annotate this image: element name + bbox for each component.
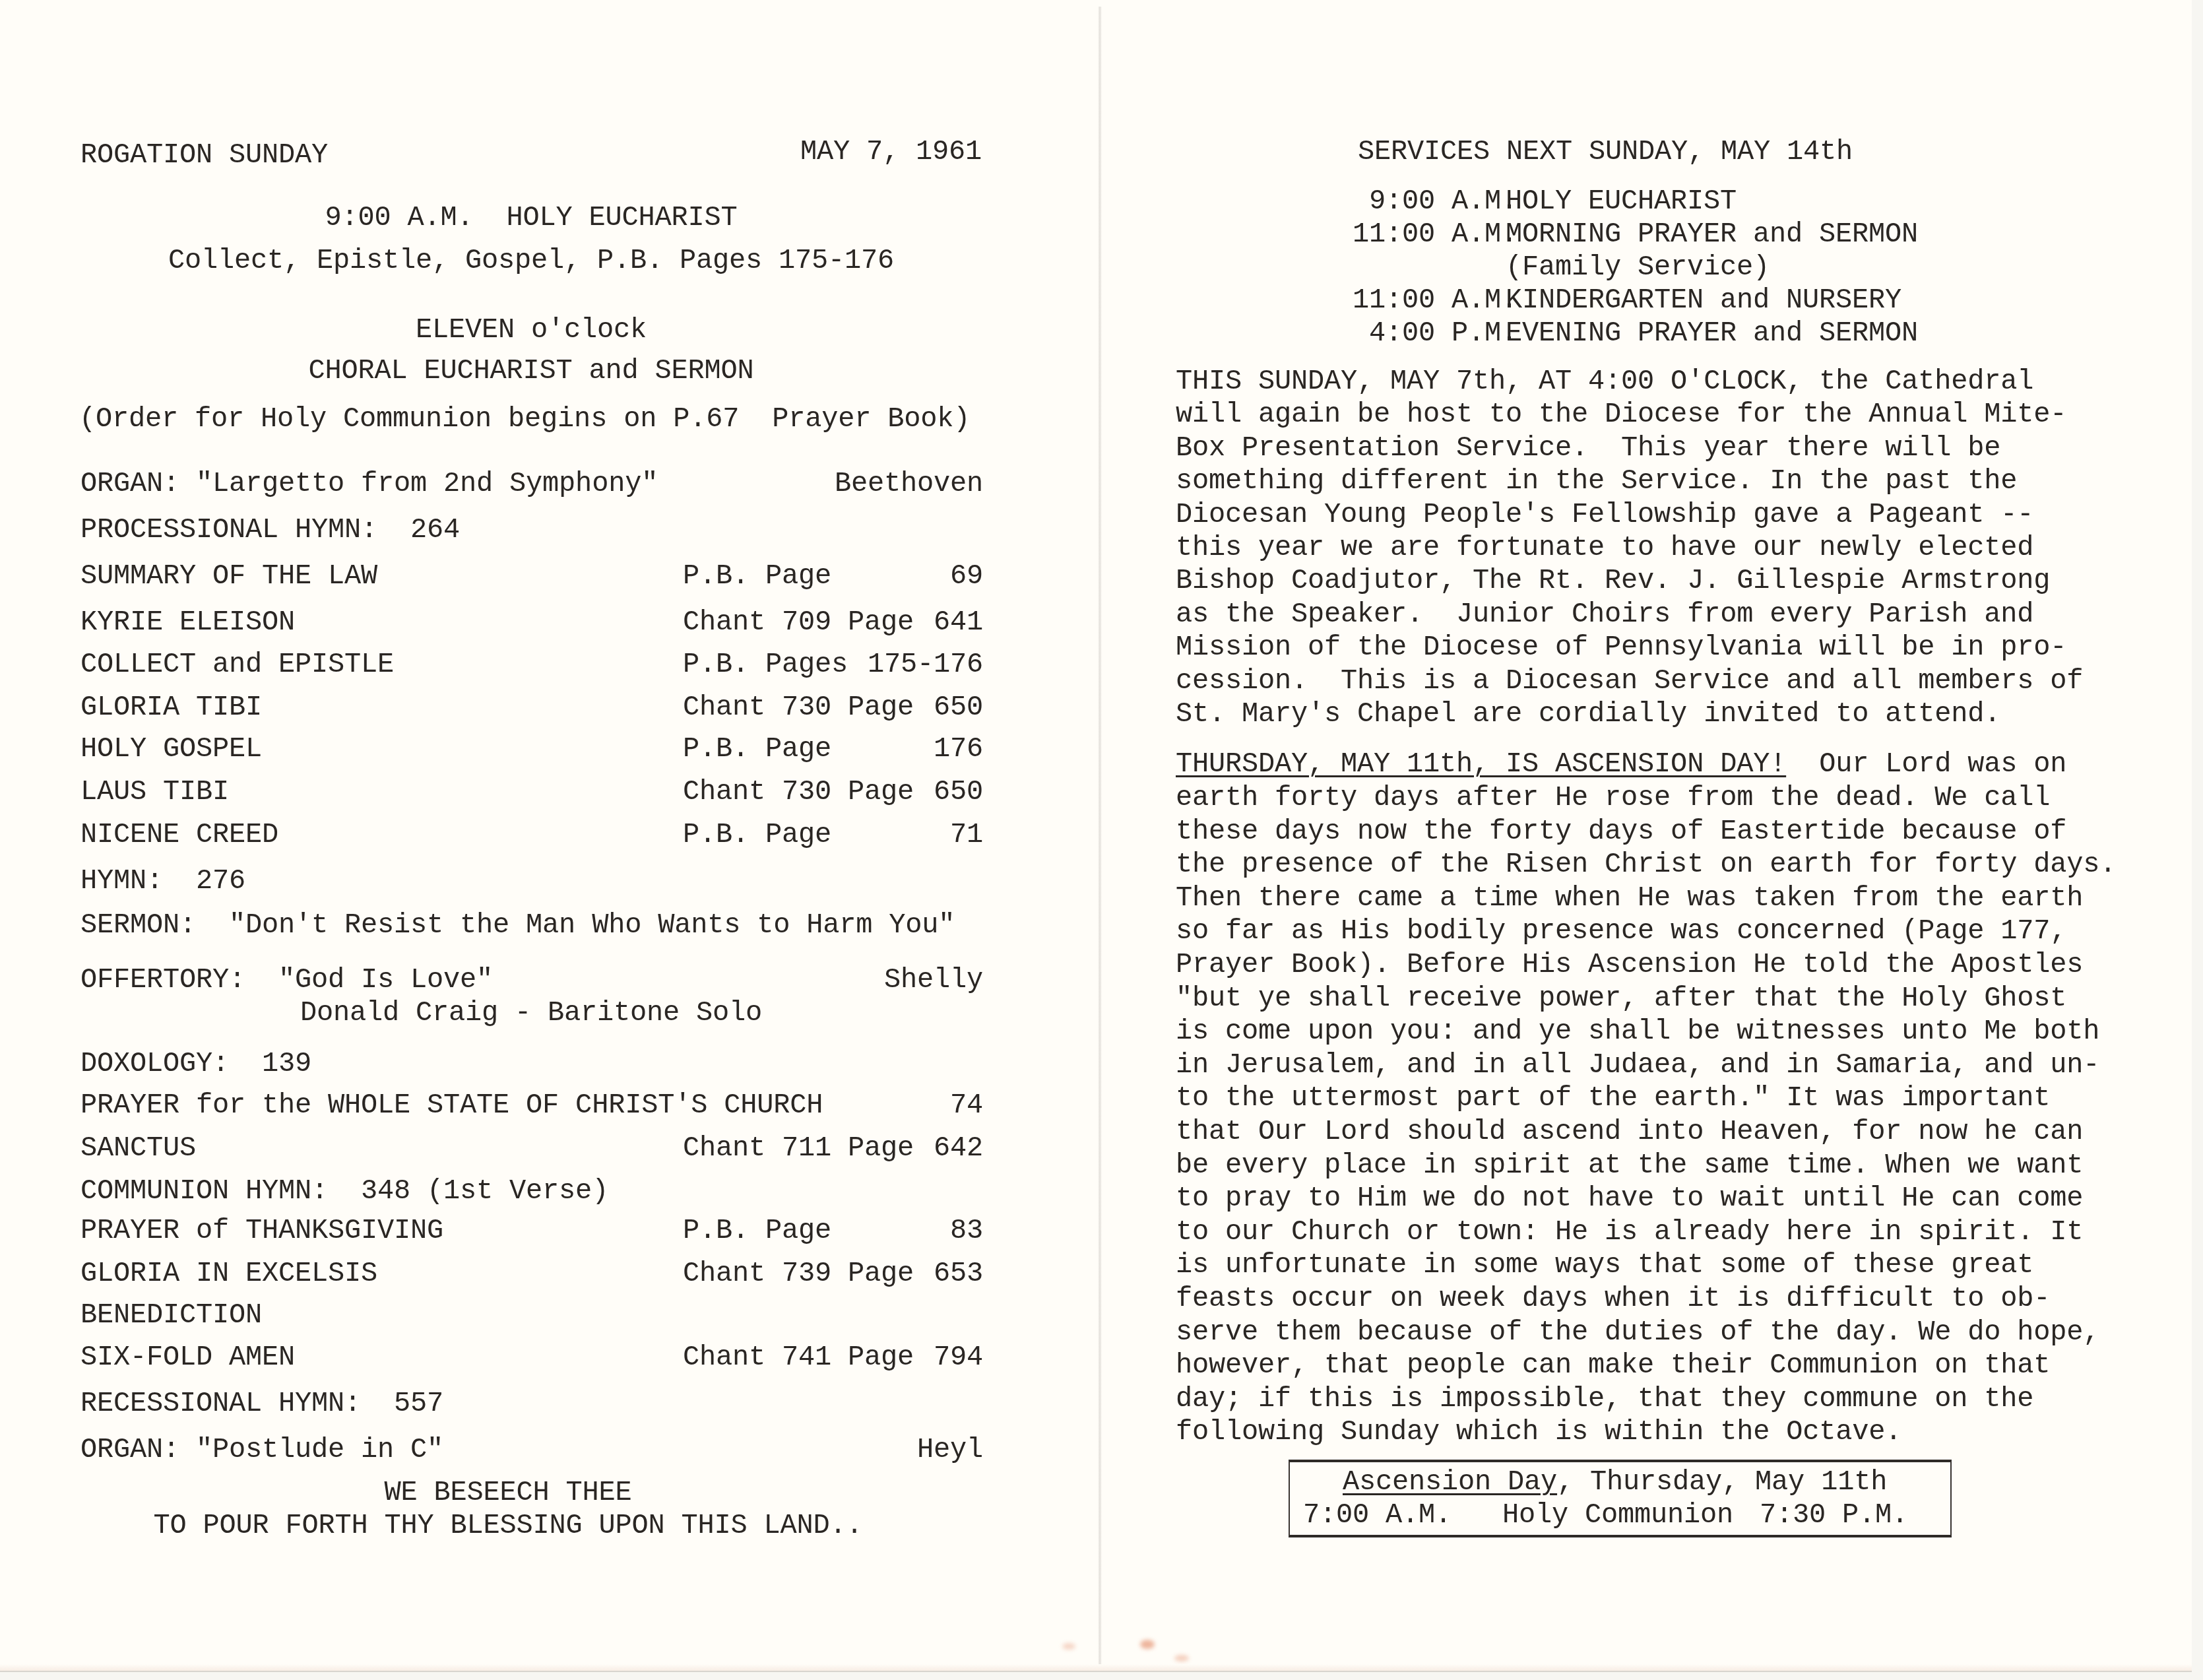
paragraph-line: in Jerusalem, and in all Judaea, and in … [1176, 1048, 2099, 1082]
paragraph-line: Then there came a time when He was taken… [1176, 881, 2083, 915]
paragraph-line: "but ye shall receive power, after that … [1176, 981, 2066, 1016]
paragraph-line: Bishop Coadjutor, The Rt. Rev. J. Gilles… [1176, 564, 2050, 598]
paragraph-line: will again be host to the Diocese for th… [1176, 397, 2066, 432]
paragraph-line: Prayer Book). Before His Ascension He to… [1176, 948, 2083, 982]
paper-stain [1140, 1640, 1155, 1649]
main-service-note: (Order for Holy Communion begins on P.67… [79, 402, 970, 436]
paragraph-line: to the uttermost part of the earth." It … [1176, 1081, 2050, 1115]
order-item: Donald Craig - Baritone Solo [300, 996, 762, 1030]
schedule-time: 4:00 P.M. [1234, 316, 1517, 350]
box-service: Holy Communion [1502, 1498, 1733, 1532]
order-item: SUMMARY OF THE LAW [80, 559, 377, 593]
paragraph-line: as the Speaker. Junior Choirs from every… [1176, 597, 2033, 631]
paragraph-line: Diocesan Young People's Fellowship gave … [1176, 498, 2033, 532]
order-item-page: 642 [660, 1131, 983, 1165]
paragraph-line: to our Church or town: He is already her… [1176, 1215, 2083, 1249]
right-page: SERVICES NEXT SUNDAY, MAY 14th 9:00 A.M.… [1102, 0, 2192, 1671]
order-item: SIX-FOLD AMEN [80, 1340, 295, 1374]
early-service-heading: 9:00 A.M. HOLY EUCHARIST [0, 201, 1062, 235]
paragraph-line: however, that people can make their Comm… [1176, 1348, 2050, 1382]
order-item-composer: Shelly [660, 963, 983, 997]
closing-line-2: TO POUR FORTH THY BLESSING UPON THIS LAN… [0, 1508, 1016, 1543]
ascension-day-box: Ascension Day, Thursday, May 11th 7:00 A… [1289, 1460, 1952, 1537]
main-service-time: ELEVEN o'clock [0, 313, 1062, 347]
paragraph-line: St. Mary's Chapel are cordially invited … [1176, 697, 2000, 731]
order-item: RECESSIONAL HYMN: 557 [80, 1386, 443, 1421]
order-item: ORGAN: "Largetto from 2nd Symphony" [80, 467, 658, 501]
next-sunday-heading: SERVICES NEXT SUNDAY, MAY 14th [1358, 135, 1853, 169]
order-item: GLORIA TIBI [80, 690, 262, 725]
paragraph-line: to pray to Him we do not have to wait un… [1176, 1181, 2083, 1215]
ascension-headline: THURSDAY, MAY 11th, IS ASCENSION DAY! [1176, 748, 1786, 780]
order-item: PROCESSIONAL HYMN: 264 [80, 513, 460, 547]
order-item: KYRIE ELEISON [80, 605, 295, 639]
order-item-page: 71 [660, 818, 983, 852]
schedule-service: EVENING PRAYER and SERMON [1506, 316, 1918, 350]
early-service-readings: Collect, Epistle, Gospel, P.B. Pages 175… [0, 243, 1062, 278]
paragraph-line: feasts occur on week days when it is dif… [1176, 1281, 2050, 1316]
paragraph-line: that Our Lord should ascend into Heaven,… [1176, 1115, 2083, 1149]
box-time-pm: 7:30 P.M. [1760, 1498, 1908, 1532]
ascension-first-line: THURSDAY, MAY 11th, IS ASCENSION DAY! Ou… [1176, 747, 2066, 781]
order-item-page: 653 [660, 1256, 983, 1291]
order-item-page: 83 [660, 1213, 983, 1248]
paragraph-line: serve them because of the duties of the … [1176, 1315, 2099, 1349]
box-time-am: 7:00 A.M. [1303, 1498, 1452, 1532]
paragraph-line: Box Presentation Service. This year ther… [1176, 431, 2000, 465]
order-item: SERMON: "Don't Resist the Man Who Wants … [80, 908, 955, 942]
order-item-page: 641 [660, 605, 983, 639]
bulletin-sheet: ROGATION SUNDAY MAY 7, 1961 9:00 A.M. HO… [0, 0, 2192, 1671]
paragraph-line: following Sunday which is within the Oct… [1176, 1415, 1901, 1449]
order-item-page: 650 [660, 775, 983, 809]
order-item-page: 69 [660, 559, 983, 593]
paragraph-line: day; if this is impossible, that they co… [1176, 1382, 2033, 1416]
closing-line-1: WE BESEECH THEE [0, 1475, 1016, 1510]
schedule-time: 11:00 A.M. [1234, 217, 1517, 251]
order-item: BENEDICTION [80, 1298, 262, 1332]
order-item: PRAYER of THANKSGIVING [80, 1213, 443, 1248]
order-item: COLLECT and EPISTLE [80, 647, 394, 682]
main-service-title: CHORAL EUCHARIST and SERMON [0, 354, 1062, 388]
paper-stain [1174, 1655, 1189, 1662]
order-item: OFFERTORY: "God Is Love" [80, 963, 493, 997]
order-item-page: 176 [660, 732, 983, 766]
box-title: Ascension Day, Thursday, May 11th [1343, 1465, 1887, 1499]
order-item-composer: Beethoven [660, 467, 983, 501]
service-title: ROGATION SUNDAY [80, 138, 328, 172]
order-item: DOXOLOGY: 139 [80, 1047, 311, 1081]
order-item: HOLY GOSPEL [80, 732, 262, 766]
paragraph-line: so far as His bodily presence was concer… [1176, 914, 2066, 948]
paragraph-line: cession. This is a Diocesan Service and … [1176, 664, 2083, 698]
order-item-composer: Heyl [660, 1433, 983, 1467]
paragraph-line: is come upon you: and ye shall be witnes… [1176, 1014, 2099, 1049]
schedule-service: KINDERGARTEN and NURSERY [1506, 283, 1901, 317]
schedule-service: HOLY EUCHARIST [1506, 184, 1737, 218]
order-item: HYMN: 276 [80, 864, 245, 898]
left-page: ROGATION SUNDAY MAY 7, 1961 9:00 A.M. HO… [0, 0, 1098, 1671]
paragraph-line: something different in the Service. In t… [1176, 464, 2017, 498]
order-item-page: 650 [660, 690, 983, 725]
paragraph-line: the presence of the Risen Christ on eart… [1176, 847, 2116, 882]
paragraph-line: THIS SUNDAY, MAY 7th, AT 4:00 O'CLOCK, t… [1176, 364, 2033, 399]
order-item: ORGAN: "Postlude in C" [80, 1433, 443, 1467]
paper-stain [1062, 1643, 1075, 1650]
order-item: GLORIA IN EXCELSIS [80, 1256, 377, 1291]
paragraph-line: earth forty days after He rose from the … [1176, 781, 2050, 815]
order-item: SANCTUS [80, 1131, 196, 1165]
service-date: MAY 7, 1961 [660, 135, 982, 169]
paragraph-line: this year we are fortunate to have our n… [1176, 531, 2033, 565]
schedule-service: (Family Service) [1506, 250, 1770, 284]
schedule-service: MORNING PRAYER and SERMON [1506, 217, 1918, 251]
paragraph-line: is unfortunate in some ways that some of… [1176, 1248, 2033, 1282]
order-item-page: 175-176 [660, 647, 983, 682]
paragraph-line: be every place in spirit at the same tim… [1176, 1148, 2083, 1182]
order-item: COMMUNION HYMN: 348 (1st Verse) [80, 1174, 608, 1208]
order-item-page: 794 [660, 1340, 983, 1374]
paragraph-line: these days now the forty days of Eastert… [1176, 814, 2066, 849]
paragraph-line: Mission of the Diocese of Pennsylvania w… [1176, 630, 2066, 664]
order-item: NICENE CREED [80, 818, 278, 852]
schedule-time: 11:00 A.M. [1234, 283, 1517, 317]
schedule-time: 9:00 A.M. [1234, 184, 1517, 218]
order-item: LAUS TIBI [80, 775, 229, 809]
order-item-page: 74 [660, 1088, 983, 1122]
